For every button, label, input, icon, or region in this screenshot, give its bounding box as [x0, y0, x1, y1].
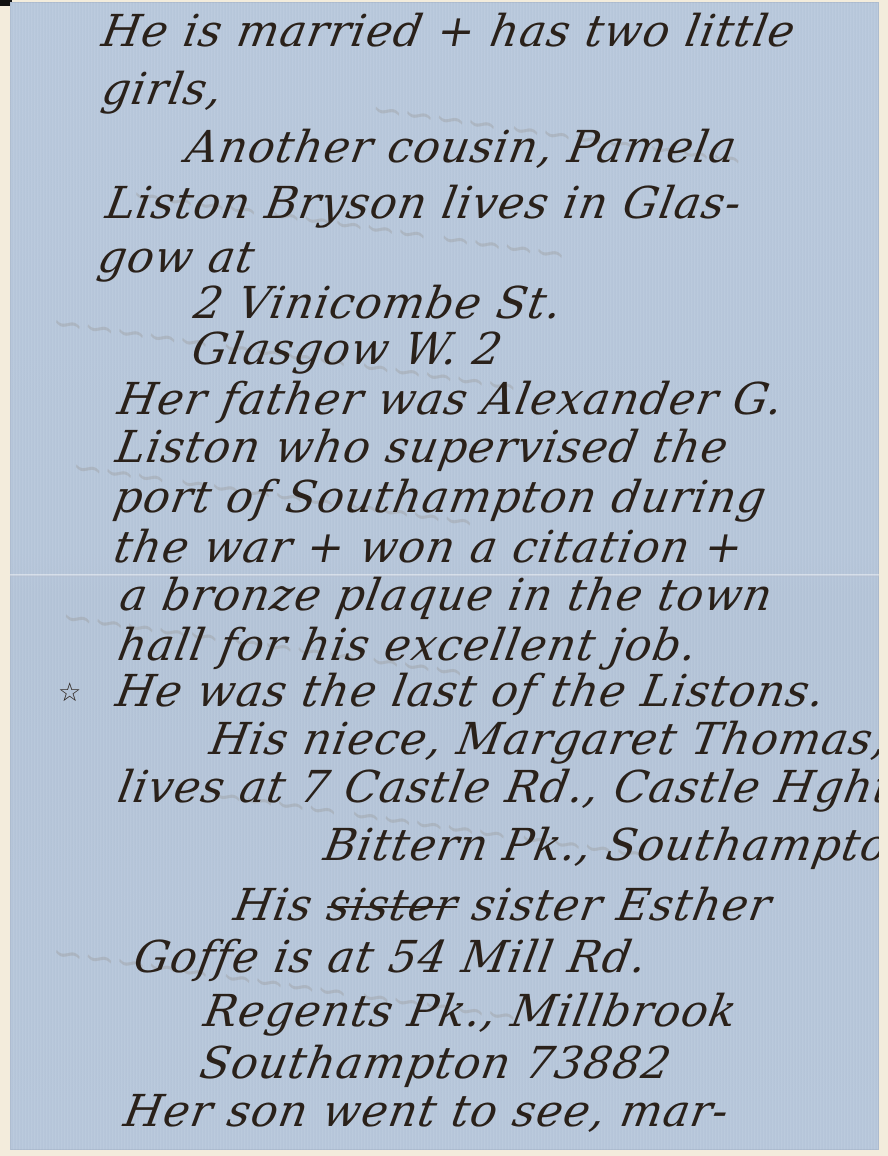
letter-line: Her father was Alexander G. — [114, 374, 788, 425]
line-text: sister Esther — [468, 880, 776, 931]
struck-out-word: sister — [323, 880, 462, 931]
letter-line: port of Southampton during — [110, 472, 771, 523]
star-margin-marker-icon: ☆ — [58, 678, 81, 708]
letter-line: Her son went to see, mar- — [120, 1086, 733, 1137]
letter-line: hall for his excellent job. — [114, 620, 701, 671]
letter-line: He is married + has two little — [98, 6, 800, 57]
letter-line: lives at 7 Castle Rd., Castle Hghts. — [114, 762, 879, 813]
letter-line: gow at — [94, 232, 259, 283]
letter-line: Goffe is at 54 Mill Rd. — [130, 932, 651, 983]
letter-paper: ~~~ ~~~~ ~~~~ ~~~~ ~~~~~ ~~~~ ~~~~~ ~~~~… — [10, 2, 879, 1150]
letter-line: girls, — [98, 64, 227, 115]
letter-line: His niece, Margaret Thomas, — [206, 714, 879, 765]
line-prefix: His — [230, 880, 317, 931]
letter-line: Glasgow W. 2 — [188, 324, 507, 375]
letter-line: a bronze plaque in the town — [116, 570, 777, 621]
letter-line: Southampton 73882 — [196, 1038, 676, 1089]
letter-line: 2 Vinicombe St. — [190, 278, 566, 329]
letter-line: Liston Bryson lives in Glas- — [102, 178, 746, 229]
letter-line: He was the last of the Listons. — [112, 666, 829, 717]
letter-line: His sister sister Esther — [230, 880, 776, 931]
letter-line: Bittern Pk., Southampton — [320, 820, 879, 871]
scanned-page: ~~~ ~~~~ ~~~~ ~~~~ ~~~~~ ~~~~ ~~~~~ ~~~~… — [0, 0, 888, 1156]
letter-line: Liston who supervised the — [112, 422, 733, 473]
letter-line: Regents Pk., Millbrook — [200, 986, 741, 1037]
letter-line: Another cousin, Pamela — [182, 122, 741, 173]
letter-line: the war + won a citation + — [110, 522, 748, 573]
